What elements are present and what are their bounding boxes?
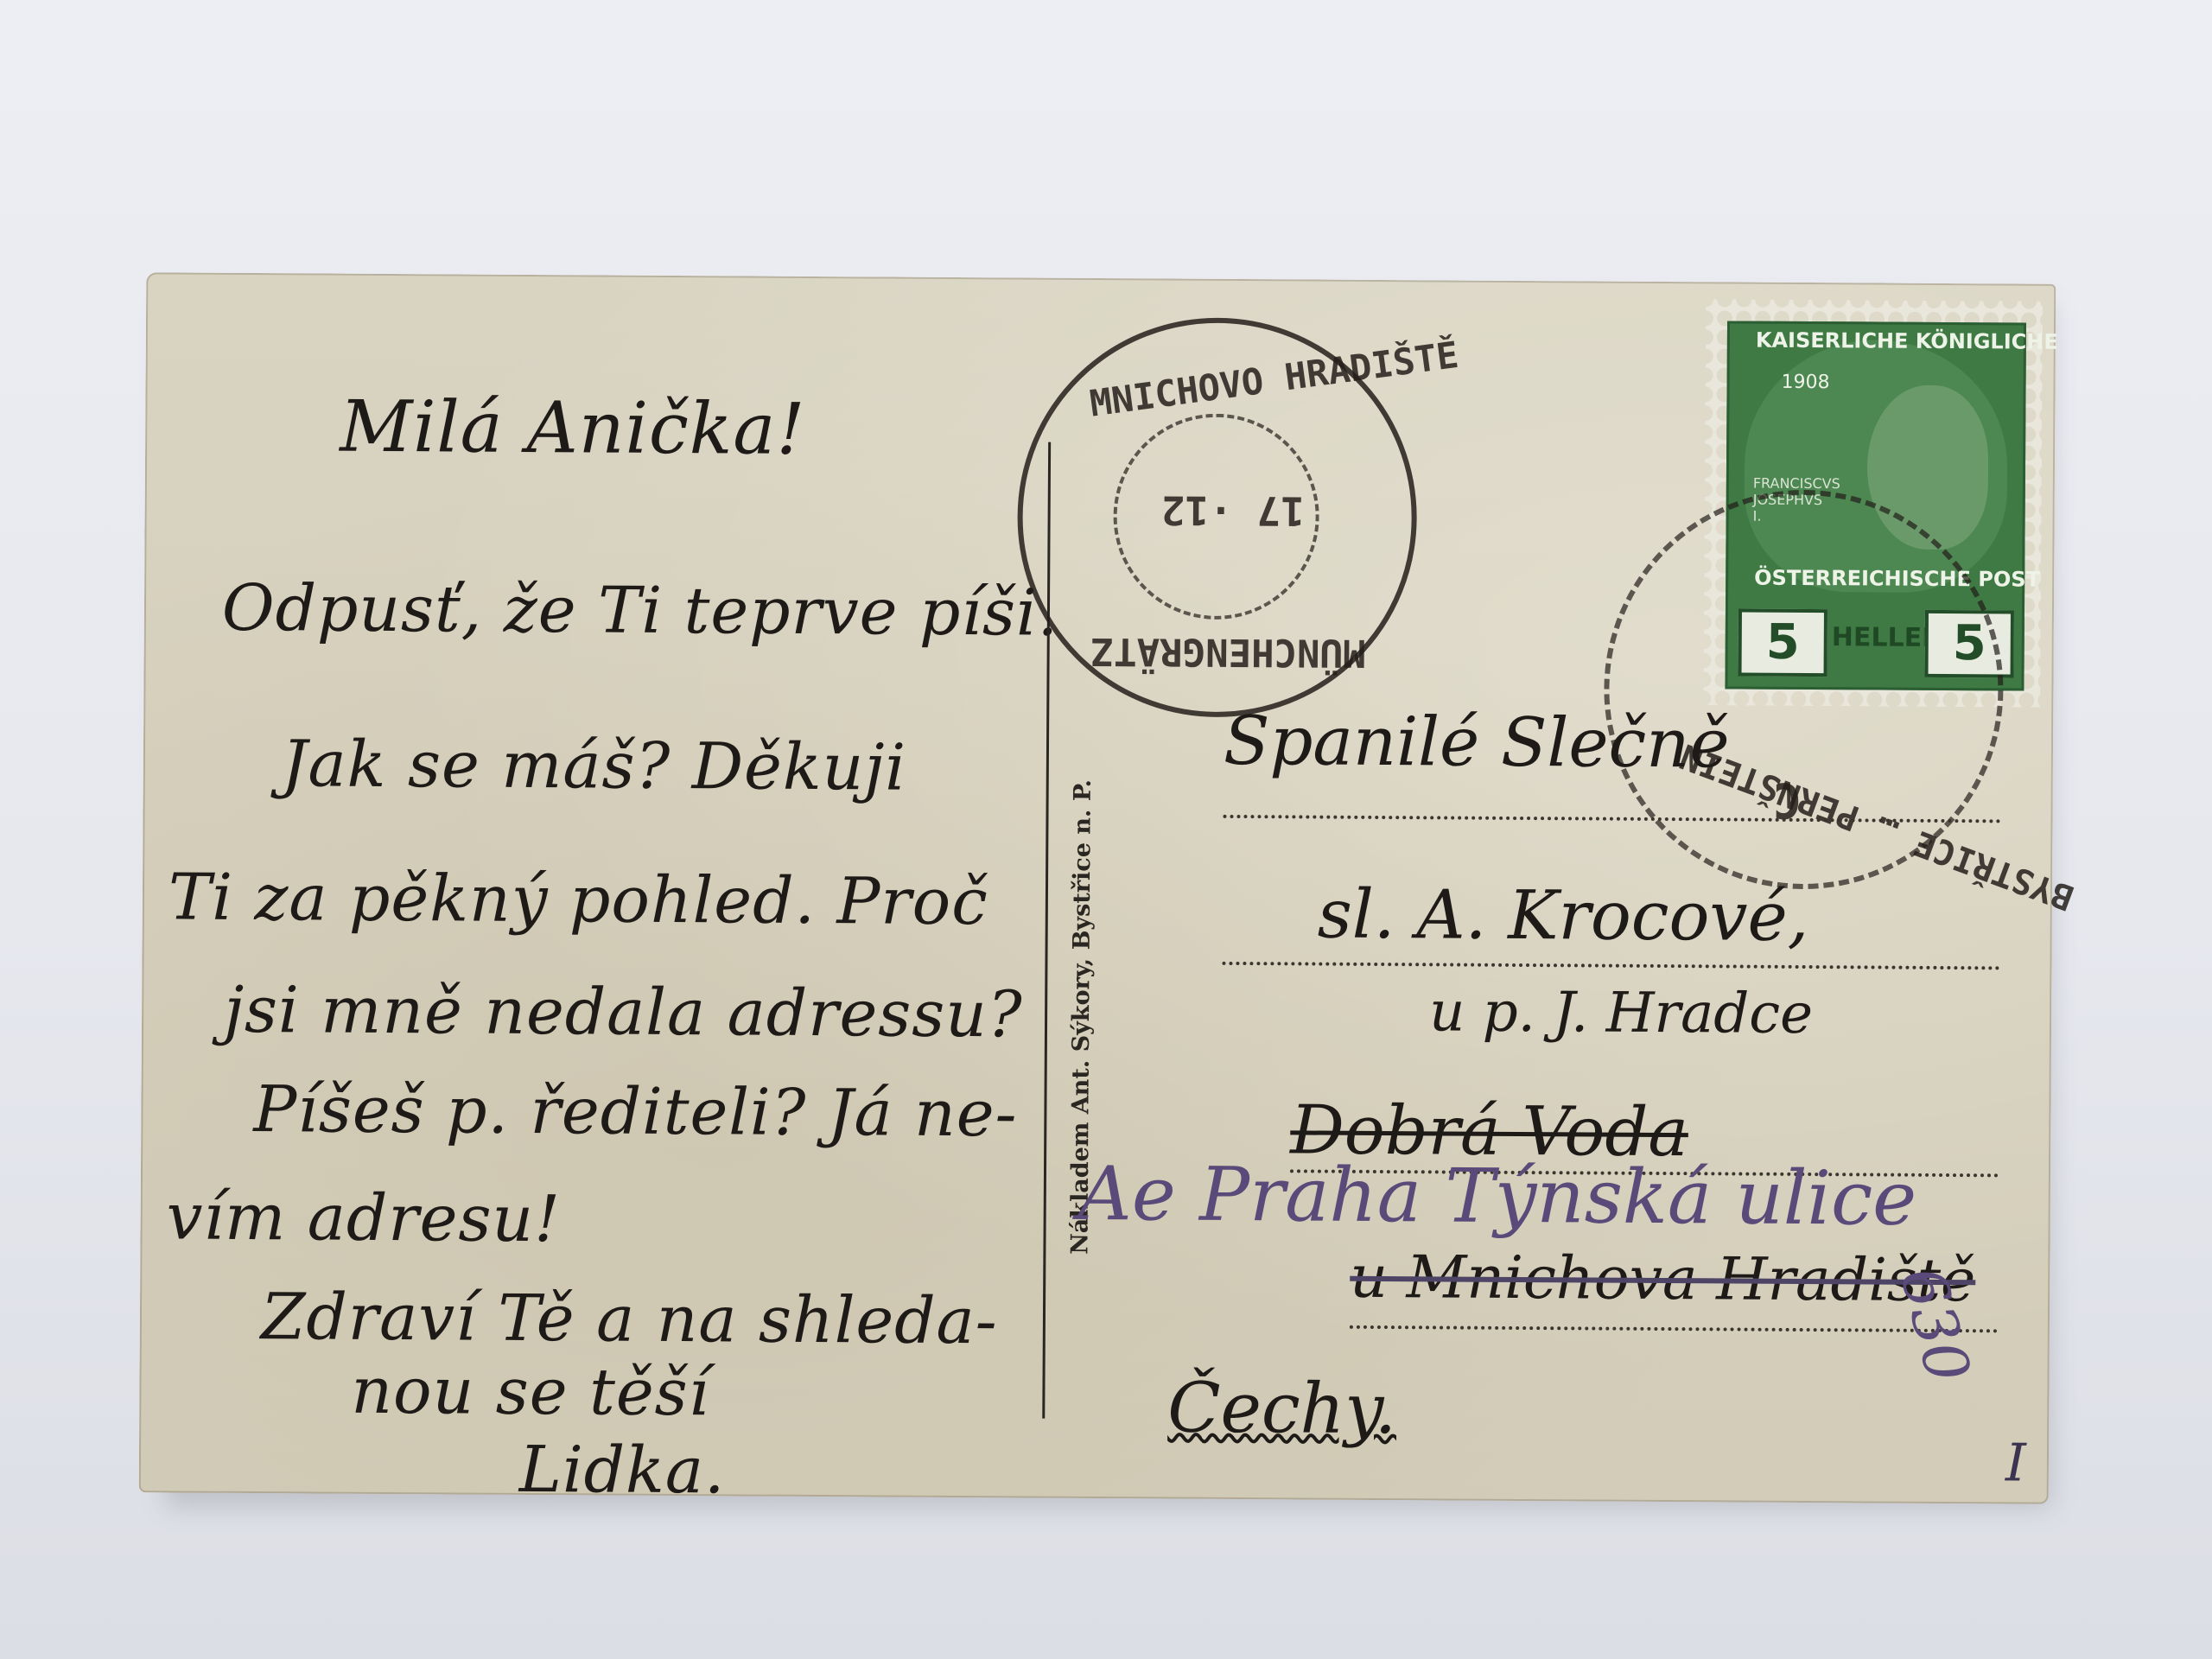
postcard: Milá Anička! Odpusť, že Ti teprve píši. … [139, 272, 2056, 1503]
address-line-2: sl. A. Krocové, [1318, 876, 1809, 957]
message-line: Píšeš p. řediteli? Já ne- [253, 1072, 1018, 1151]
stamp-country-top: KAISERLICHE KÖNIGLICHE [1756, 328, 2058, 354]
address-line-5-struck: u Mnichova Hradiště [1350, 1243, 1976, 1315]
greeting: Milá Anička! [340, 386, 806, 471]
message-line: Ti za pěkný pohled. Proč [168, 860, 988, 939]
forwarding-address: Ae Praha Týnská ulice [1078, 1151, 1917, 1243]
postmark-text-top: MNICHOVO HRADIŠTĚ [1087, 334, 1461, 425]
signature: Lidka. [519, 1433, 726, 1508]
message-line: Odpusť, že Ti teprve píši. [222, 571, 1059, 651]
address-line-1: Spanilé Slečně [1224, 702, 1730, 784]
message-line: jsi mně nedala adressu? [224, 973, 1023, 1052]
message-line: Zdraví Tě a na shleda- [261, 1280, 998, 1358]
message-line: vím adresu! [166, 1179, 561, 1256]
postmark-date: 17 ·12 [1161, 486, 1305, 534]
message-line: nou se těší [351, 1354, 709, 1431]
postmark-bystrice: BYSTŘICE … PERNŠTEIN C [1603, 489, 2005, 891]
postmark-text-bottom: MÜNCHENGRÄTZ [1091, 629, 1366, 675]
margin-note-roman: I [2005, 1433, 2026, 1493]
address-dotted-line [1222, 962, 1999, 969]
address-country: Čechy. [1167, 1368, 1396, 1450]
postmark-mnichovo-hradiste: MNICHOVO HRADIŠTĚ MÜNCHENGRÄTZ 17 ·12 [1016, 316, 1418, 718]
stamp-year: 1908 [1782, 372, 1830, 393]
address-line-3: u p. J. Hradce [1429, 980, 1813, 1046]
message-line: Jak se máš? Děkuji [282, 727, 907, 804]
